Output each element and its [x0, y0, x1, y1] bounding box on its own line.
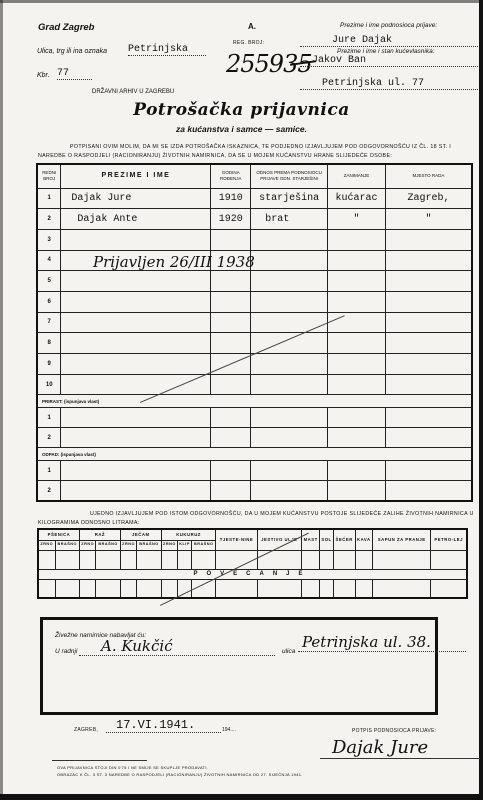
header-occupation: ZANIMANJE [328, 164, 386, 188]
occupation-cell[interactable] [328, 481, 386, 501]
row-number: 1 [37, 408, 61, 428]
birth-year-cell[interactable]: 1910 [211, 188, 251, 209]
header-lard: MAST [302, 529, 320, 550]
name-cell[interactable] [61, 312, 211, 333]
stock-cell[interactable] [333, 550, 355, 569]
removal-row: 2 [37, 481, 472, 501]
relation-cell[interactable] [251, 291, 328, 312]
form-title: Potrošačka prijavnica [0, 100, 483, 120]
stock-cell[interactable] [431, 550, 467, 569]
workplace-cell[interactable] [385, 229, 472, 250]
birth-year-cell[interactable]: 1920 [211, 209, 251, 230]
food-stocks-table: PŠENICA RAŽ JEČAM KUKURUZ TJESTE-NINE JE… [37, 528, 468, 599]
header-wheat: PŠENICA [38, 529, 79, 540]
workplace-cell[interactable] [385, 354, 472, 375]
workplace-cell[interactable] [385, 481, 472, 501]
owner-label: Prezime i ime i stan kućevlasnika: [337, 48, 435, 55]
header-rye: RAŽ [79, 529, 120, 540]
row-number: 3 [37, 229, 61, 250]
row-number: 2 [37, 209, 61, 230]
addition-row: 1 [37, 408, 472, 428]
removal-label: ODPAD: (ispunjava vlast) [37, 448, 472, 461]
header-name: PREZIME I IME [61, 164, 211, 188]
row-number: 4 [37, 250, 61, 271]
relation-cell[interactable] [251, 428, 328, 448]
series-letter: A. [248, 22, 256, 31]
sub-barley-grain: ZRNO [120, 540, 136, 550]
occupation-cell[interactable]: kućarac [328, 188, 386, 209]
stock-cell[interactable] [120, 579, 136, 598]
shop-name-label: U radnji [55, 648, 77, 655]
header-barley: JEČAM [120, 529, 161, 540]
relation-cell[interactable] [251, 408, 328, 428]
stock-cell[interactable] [79, 550, 95, 569]
row-number: 1 [37, 188, 61, 209]
owner-address-field[interactable]: Petrinjska ul. 77 [300, 78, 478, 90]
relation-cell[interactable]: brat [251, 209, 328, 230]
occupation-cell[interactable] [328, 428, 386, 448]
name-cell[interactable] [61, 408, 211, 428]
stock-cell[interactable] [320, 550, 334, 569]
addition-row: 2 [37, 428, 472, 448]
header-birth-year: GODINA ROĐENJA [211, 164, 251, 188]
row-number: 8 [37, 333, 61, 354]
table-row: 5 [37, 271, 472, 292]
city-name: Grad Zagreb [38, 22, 95, 33]
birth-year-cell[interactable] [211, 428, 251, 448]
scan-edge-bottom [0, 794, 483, 800]
header-workplace: MJESTO RADA [385, 164, 472, 188]
occupation-cell[interactable] [328, 250, 386, 271]
stock-cell[interactable] [38, 550, 55, 569]
stock-cell[interactable] [38, 579, 55, 598]
stock-cell[interactable] [178, 550, 192, 569]
workplace-cell[interactable] [385, 461, 472, 481]
stock-cell[interactable] [355, 550, 372, 569]
row-number: 5 [37, 271, 61, 292]
row-number: 1 [37, 461, 61, 481]
street-label: Ulica, trg ili ina oznaka [37, 48, 107, 55]
relation-cell[interactable] [251, 461, 328, 481]
birth-year-cell[interactable] [211, 481, 251, 501]
owner-field[interactable]: Jakov Ban [300, 55, 478, 67]
stocks-header-row: PŠENICA RAŽ JEČAM KUKURUZ TJESTE-NINE JE… [38, 529, 467, 540]
form-subtitle: za kućanstva i samce — samice. [0, 124, 483, 134]
stock-cell[interactable] [96, 579, 120, 598]
table-row: 7 [37, 312, 472, 333]
stock-cell[interactable] [431, 579, 467, 598]
name-cell[interactable]: Dajak Ante [61, 209, 211, 230]
year-suffix: 194.... [222, 727, 236, 733]
stock-cell[interactable] [302, 579, 320, 598]
sub-corn-cob: KLIP [178, 540, 192, 550]
stock-cell[interactable] [302, 550, 320, 569]
increase-label: POVEĆANJE [38, 569, 467, 579]
occupation-cell[interactable] [328, 374, 386, 395]
relation-cell[interactable] [251, 481, 328, 501]
occupation-cell[interactable] [328, 461, 386, 481]
birth-year-cell[interactable] [211, 374, 251, 395]
price-note: OVA PRIJAVNICA STOJI DIN 0'75 I NE SMIJE… [57, 765, 208, 770]
birth-year-cell[interactable] [211, 291, 251, 312]
removal-section-header: ODPAD: (ispunjava vlast) [37, 448, 472, 461]
name-cell[interactable] [61, 461, 211, 481]
birth-year-cell[interactable] [211, 229, 251, 250]
stock-cell[interactable] [257, 550, 302, 569]
sub-wheat-grain: ZRNO [38, 540, 55, 550]
header-corn: KUKURUZ [161, 529, 216, 540]
header-relation: ODNOS PREMA PODNOSIOCU PRIJAVE ODN. STAR… [251, 164, 328, 188]
footer-divider [52, 760, 147, 761]
table-row: 6 [37, 291, 472, 312]
signature-field[interactable]: Dajak Jure [320, 737, 480, 759]
name-cell[interactable] [61, 291, 211, 312]
relation-cell[interactable] [251, 250, 328, 271]
increase-band-row: POVEĆANJE [38, 569, 467, 579]
persons-table: REDNI BROJ PREZIME I IME GODINA ROĐENJA … [36, 163, 473, 502]
stock-cell[interactable] [55, 579, 79, 598]
row-number: 2 [37, 481, 61, 501]
header-no: REDNI BROJ [37, 164, 61, 188]
occupation-cell[interactable] [328, 291, 386, 312]
date-field[interactable]: 17.VI.1941. [106, 718, 221, 733]
scan-edge-left [0, 0, 3, 800]
name-cell[interactable] [61, 374, 211, 395]
row-number: 9 [37, 354, 61, 375]
relation-cell[interactable] [251, 374, 328, 395]
applicant-label: Prezime i ime podnosioca prijave: [340, 22, 437, 29]
addition-section-header: PRIRAST: (ispunjava vlast) [37, 395, 472, 408]
row-number: 6 [37, 291, 61, 312]
workplace-cell[interactable] [385, 271, 472, 292]
declaration-stocks: UJEDNO IZJAVLJUJEM POD ISTOM ODGOVORNOŠĆ… [38, 510, 478, 528]
stock-cell[interactable] [161, 550, 177, 569]
declaration-persons: POTPISANI OVIM MOLIM, DA MI SE IZDA POTR… [38, 143, 478, 161]
relation-cell[interactable] [251, 229, 328, 250]
reg-number-label: REG. BROJ: [233, 40, 264, 46]
name-cell[interactable] [61, 428, 211, 448]
workplace-cell[interactable]: Zagreb, [385, 188, 472, 209]
birth-year-cell[interactable] [211, 461, 251, 481]
stock-cell[interactable] [373, 550, 431, 569]
regulation-note: OBRAZAC K ČL. 3 ST. 3 NAREDBE O RASPODJE… [57, 772, 303, 777]
workplace-cell[interactable] [385, 333, 472, 354]
stock-cell[interactable] [79, 579, 95, 598]
stock-cell[interactable] [137, 550, 161, 569]
row-number: 10 [37, 374, 61, 395]
workplace-cell[interactable] [385, 374, 472, 395]
occupation-cell[interactable] [328, 229, 386, 250]
table-row: 1 Dajak Jure 1910 starješina kućarac Zag… [37, 188, 472, 209]
workplace-cell[interactable]: " [385, 209, 472, 230]
table-row: 2 Dajak Ante 1920 brat " " [37, 209, 472, 230]
occupation-cell[interactable] [328, 408, 386, 428]
addition-label: PRIRAST: (ispunjava vlast) [37, 395, 472, 408]
header-pasta: TJESTE-NINE [216, 529, 257, 550]
table-row: 8 [37, 333, 472, 354]
persons-header-row: REDNI BROJ PREZIME I IME GODINA ROĐENJA … [37, 164, 472, 188]
shop-street-label: ulica [282, 648, 295, 655]
stock-cell[interactable] [96, 550, 120, 569]
stock-cell[interactable] [137, 579, 161, 598]
birth-year-cell[interactable] [211, 312, 251, 333]
house-number-field[interactable]: 77 [57, 68, 92, 80]
name-cell[interactable] [61, 333, 211, 354]
occupation-cell[interactable]: " [328, 209, 386, 230]
workplace-cell[interactable] [385, 291, 472, 312]
birth-year-cell[interactable] [211, 333, 251, 354]
archive-stamp: DRŽAVNI ARHIV U ZAGREBU [92, 89, 174, 95]
applicant-field[interactable]: Jure Dajak [300, 35, 478, 47]
header-sugar: ŠEĆER [333, 529, 355, 550]
name-cell[interactable]: Dajak Jure [61, 188, 211, 209]
handwritten-registration-note: Prijavljen 26/III 1938 [93, 253, 255, 271]
birth-year-cell[interactable] [211, 271, 251, 292]
relation-cell[interactable] [251, 271, 328, 292]
row-number: 2 [37, 428, 61, 448]
occupation-cell[interactable] [328, 354, 386, 375]
workplace-cell[interactable] [385, 250, 472, 271]
shop-name-field[interactable]: A. Kukčić [79, 637, 275, 656]
name-cell[interactable] [61, 481, 211, 501]
row-number: 7 [37, 312, 61, 333]
stock-cell[interactable] [161, 579, 177, 598]
place-label: ZAGREB, [74, 727, 98, 733]
relation-cell[interactable]: starješina [251, 188, 328, 209]
signature-label: POTPIS PODNOSIOCA PRIJAVE: [352, 728, 436, 734]
sub-rye-flour: BRAŠNO [96, 540, 120, 550]
sub-wheat-flour: BRAŠNO [55, 540, 79, 550]
stock-cell[interactable] [373, 579, 431, 598]
relation-cell[interactable] [251, 354, 328, 375]
stock-cell[interactable] [257, 579, 302, 598]
header-soap: SAPUN ZA PRANJE [373, 529, 431, 550]
name-cell[interactable] [61, 354, 211, 375]
workplace-cell[interactable] [385, 408, 472, 428]
workplace-cell[interactable] [385, 428, 472, 448]
header-salt: SOL [320, 529, 334, 550]
stock-cell[interactable] [333, 579, 355, 598]
stock-cell[interactable] [355, 579, 372, 598]
name-cell[interactable] [61, 271, 211, 292]
header-coffee: KAVA [355, 529, 372, 550]
occupation-cell[interactable] [328, 333, 386, 354]
sub-rye-grain: ZRNO [79, 540, 95, 550]
table-row: 10 [37, 374, 472, 395]
relation-cell[interactable] [251, 312, 328, 333]
scan-edge-top [0, 0, 483, 3]
stock-cell[interactable] [55, 550, 79, 569]
table-row: 9 [37, 354, 472, 375]
sub-corn-grain: ZRNO [161, 540, 177, 550]
table-row: 3 [37, 229, 472, 250]
sub-barley-flour: BRAŠNO [137, 540, 161, 550]
stock-cell[interactable] [216, 579, 257, 598]
header-kerosene: PETRO-LEJ [431, 529, 467, 550]
workplace-cell[interactable] [385, 312, 472, 333]
stocks-increase-row [38, 579, 467, 598]
occupation-cell[interactable] [328, 312, 386, 333]
stock-cell[interactable] [320, 579, 334, 598]
removal-row: 1 [37, 461, 472, 481]
stock-cell[interactable] [192, 550, 216, 569]
ration-application-form: Grad Zagreb Ulica, trg ili ina oznaka Pe… [0, 0, 483, 800]
stock-cell[interactable] [120, 550, 136, 569]
sub-corn-flour: BRAŠNO [192, 540, 216, 550]
birth-year-cell[interactable] [211, 408, 251, 428]
scan-edge-right [479, 0, 483, 800]
occupation-cell[interactable] [328, 271, 386, 292]
shop-street-field[interactable]: Petrinjska ul. 38. [298, 633, 466, 652]
name-cell[interactable] [61, 229, 211, 250]
street-field[interactable]: Petrinjska [128, 44, 206, 56]
house-number-label: Kbr. [37, 72, 50, 79]
